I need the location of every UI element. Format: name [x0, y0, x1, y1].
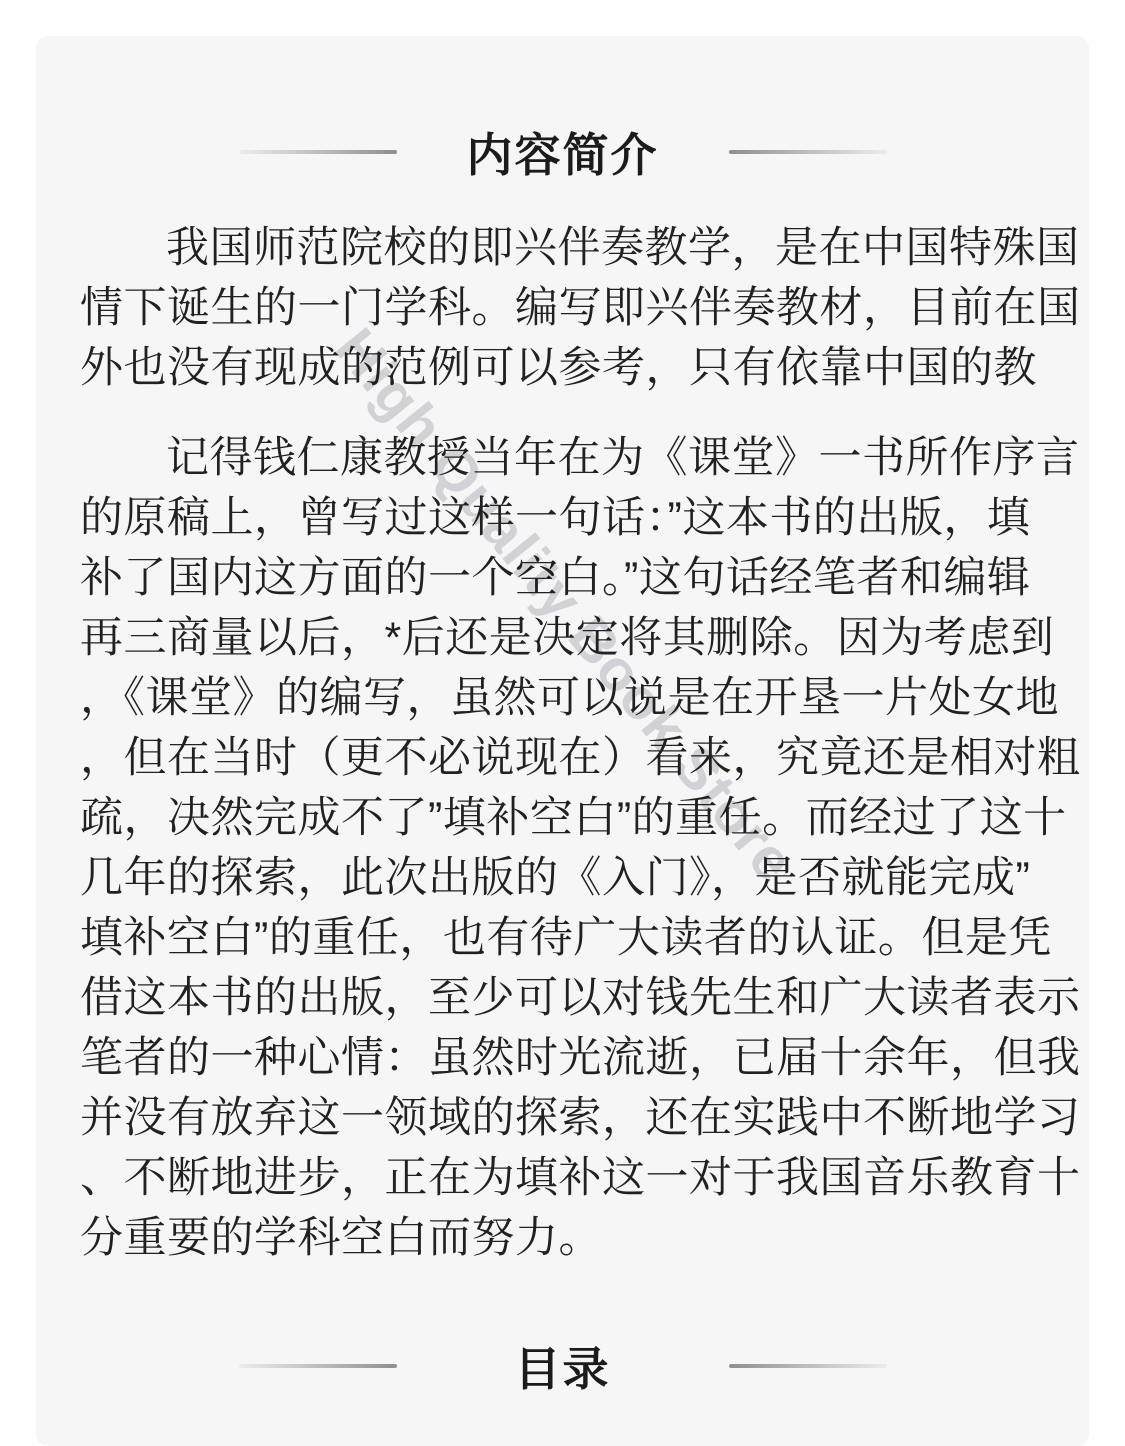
text-line: 记得钱仁康教授当年在为《课堂》一书所作序言 — [80, 428, 1045, 488]
text-line: 借这本书的出版，至少可以对钱先生和广大读者表示 — [80, 968, 1045, 1028]
toc-title: 目录 — [515, 1333, 611, 1399]
decorative-line-left — [239, 150, 397, 154]
text-line: 填补空白”的重任，也有待广大读者的认证。但是凭 — [80, 908, 1045, 968]
decorative-line-right — [729, 150, 887, 154]
text-line: 几年的探索，此次出版的《入门》，是否就能完成” — [80, 848, 1045, 908]
text-line: 我国师范院校的即兴伴奏教学，是在中国特殊国 — [80, 218, 1045, 278]
toc-section-header: 目录 — [239, 1338, 887, 1394]
text-line: ，《课堂》的编写，虽然可以说是在开垦一片处女地 — [80, 668, 1045, 728]
text-line: 分重要的学科空白而努力。 — [80, 1208, 1045, 1268]
page-content: 内容简介 我国师范院校的即兴伴奏教学，是在中国特殊国 情下诞生的一门学科。编写即… — [36, 36, 1089, 1394]
text-line: 疏，决然完成不了”填补空白”的重任。而经过了这十 — [80, 788, 1045, 848]
text-line: 并没有放弃这一领域的探索，还在实践中不断地学习 — [80, 1088, 1045, 1148]
toc-section: 目录 — [80, 1338, 1045, 1394]
text-line: 的原稿上，曾写过这样一句话：”这本书的出版，填 — [80, 488, 1045, 548]
intro-paragraph-2: 记得钱仁康教授当年在为《课堂》一书所作序言 的原稿上，曾写过这样一句话：”这本书… — [80, 428, 1045, 1268]
page-card: High Quality Book Store 内容简介 我国师范院校的即兴伴奏… — [36, 36, 1089, 1446]
intro-section-header: 内容简介 — [239, 124, 887, 180]
text-line: 情下诞生的一门学科。编写即兴伴奏教材，目前在国 — [80, 278, 1045, 338]
text-line: 、不断地进步，正在为填补这一对于我国音乐教育十 — [80, 1148, 1045, 1208]
text-line: 笔者的一种心情：虽然时光流逝，已届十余年，但我 — [80, 1028, 1045, 1088]
text-line: 补了国内这方面的一个空白。”这句话经笔者和编辑 — [80, 548, 1045, 608]
intro-title: 内容简介 — [467, 119, 659, 185]
decorative-line-left — [239, 1364, 397, 1368]
intro-paragraph-1: 我国师范院校的即兴伴奏教学，是在中国特殊国 情下诞生的一门学科。编写即兴伴奏教材… — [80, 218, 1045, 398]
text-line: ，但在当时（更不必说现在）看来，究竟还是相对粗 — [80, 728, 1045, 788]
text-line: 外也没有现成的范例可以参考，只有依靠中国的教 — [80, 338, 1045, 398]
decorative-line-right — [729, 1364, 887, 1368]
text-line: 再三商量以后，*后还是决定将其删除。因为考虑到 — [80, 608, 1045, 668]
